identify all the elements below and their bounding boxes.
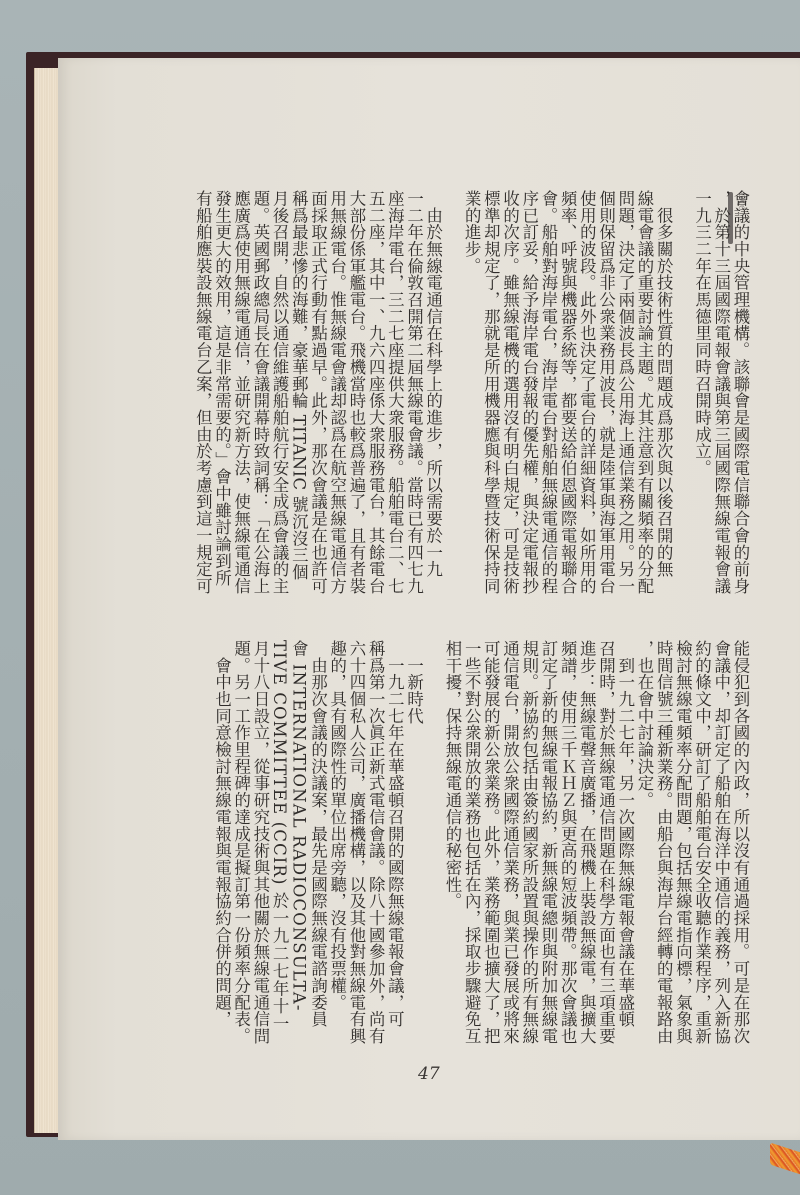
text-column: 相干擾，保持無線電通信的秘密性。: [443, 640, 462, 1060]
text-column: 五二座，其中一、九六四座係大衆服務電台，其餘電台: [366, 190, 385, 610]
text-column: 面採取正式行動有點過早。此外，那次會議是在也許可: [308, 190, 327, 610]
text-column: 大部份係軍艦電台。飛機當時也較爲普遍了，且有者裝: [347, 190, 366, 610]
text-column: 能侵犯到各國的內政，所以沒有通過採用。可是在那次: [731, 640, 750, 1060]
text-column: 題。另一工作里程碑的達成是擬訂第一份頻率分配表。: [232, 640, 251, 1060]
text-column: 月後召開，自然以通信維護船舶航行安全成爲會議的主: [270, 190, 289, 610]
text-column: 序已訂妥，給予海岸電台發報的優先權，與決定電報抄: [520, 190, 539, 610]
text-column-blank: [673, 190, 692, 610]
text-column: 約的條文中，研訂了船舶電台安全收聽作業程序，重新: [692, 640, 711, 1060]
text-column: 召開時，對於無線電通信問題在科學方面也有三項重要: [596, 640, 615, 1060]
text-column: 月十八日設立，從事研究技術與其他關於無線電通信問: [251, 640, 270, 1060]
text-column: 線電會議的重要討論主題。尤其注意到有關頻率的分配: [635, 190, 654, 610]
text-column: 規則。新協約包括由簽約國家所設置與操作的所有無線: [520, 640, 539, 1060]
text-column: 用無線電台。惟無線電會議却認爲在航空無線電通信方: [328, 190, 347, 610]
text-column: 一些不對公衆開放的業務也包括在內，採取步驟避免互: [462, 640, 481, 1060]
text-column: 稱爲第一次眞正新式電信會議。除八十國參加外，尚有: [366, 640, 385, 1060]
text-column: 業的進步。: [462, 190, 481, 610]
text-column: 一二年在倫敦召開第二屆無線電會議。當時已有四七九: [404, 190, 423, 610]
text-column: 稱爲最悲慘的海難，豪華郵輪 TITANIC 號沉沒三個: [289, 190, 308, 610]
paragraph-start: 一九二七年在華盛頓召開的國際無線電報會議，可: [385, 640, 404, 1060]
text-column: 會。船舶對海岸電台，海岸電台對船舶無線電通信的程: [539, 190, 558, 610]
text-column: 可能發展的新公衆業務。此外，業務範圍也擴大了，把: [481, 640, 500, 1060]
text-column: 進步：無線電聲音廣播，在飛機上裝設無線電，與擴大: [577, 640, 596, 1060]
text-column: 題。英國郵政總局長在會議開幕時致詞稱：「在公海上: [251, 190, 270, 610]
text-column: 頻率、呼號與機器系統等，都要送給伯恩國際電報聯合: [558, 190, 577, 610]
paragraph-start: 很多關於技術性質的問題成爲那次與以後召開的無: [654, 190, 673, 610]
text-column: ，於第十三屆國際電報會議與第三屆國際無線電報會議: [712, 190, 731, 610]
text-column: 有船舶應裝設無線電台乙案，但由於考慮到這一規定可: [193, 190, 212, 610]
text-column: 訂定了新的無線電報協約，新無線電總則與附加無線電: [539, 640, 558, 1060]
text-column: TIVE COMMITTEE (CCIR) 於一九二七年十一: [270, 640, 289, 1060]
text-column-blank: [443, 190, 462, 610]
text-column: 時間信號三種新業務。由船台與海岸台經轉的電報路由: [654, 640, 673, 1060]
text-column-blank: [424, 640, 443, 1060]
text-column: 問題，決定了兩個波長爲公用海上通信業務之用。另一: [616, 190, 635, 610]
text-column: 檢討無線電頻率分配問題，包括無線電指向標，氣象與: [673, 640, 692, 1060]
text-column: 應廣爲使用無線電通信，並研究新方法，使無線電通信: [232, 190, 251, 610]
section-heading: 一新時代: [404, 640, 423, 1060]
text-column: ，也在會中討論決定。: [635, 640, 654, 1060]
paragraph-start: 會中也同意檢討無線電報與電報協約合併的問題，: [212, 640, 231, 1060]
paragraph-start: 由那次會議的決議案，最先是國際無線電諮詢委員: [308, 640, 327, 1060]
text-column: 通信電台，開放公衆國際通信業務，與業已發展或將來: [500, 640, 519, 1060]
page-number: 47: [418, 1064, 440, 1084]
text-column: 標準却規定了，那就是所用機器應與科學暨技術保持同: [481, 190, 500, 610]
text-column: 會 INTERNATIONAL RADIOCONSULTA-: [289, 640, 308, 1060]
text-column: 會議的中央管理機構。該聯會是國際電信聯合會的前身: [731, 190, 750, 610]
paragraph-start: 到一九二七年，另一次國際無線電報會議在華盛頓: [616, 640, 635, 1060]
top-text-block: 會議的中央管理機構。該聯會是國際電信聯合會的前身 ，於第十三屆國際電報會議與第三…: [70, 190, 750, 610]
text-column: 頻譜，使用三千ＫＨＺ與更高的短波頻帶。那次會議也: [558, 640, 577, 1060]
text-column: 會議中，却訂定了船舶在海洋中通信的義務，列入新協: [712, 640, 731, 1060]
bottom-text-block: 能侵犯到各國的內政，所以沒有通過採用。可是在那次 會議中，却訂定了船舶在海洋中通…: [70, 640, 750, 1060]
text-column: 六十四個私人公司，廣播機構，以及其他對無線電有興: [347, 640, 366, 1060]
text-column: 座海岸電台，三二七座提供大衆服務。船舶電台二、七: [385, 190, 404, 610]
text-column: 個則保留爲非公衆業務用波長，就是陸軍與海軍用電台: [596, 190, 615, 610]
paragraph-start: 由於無線電通信在科學上的進步，所以需要於一九: [424, 190, 443, 610]
text-column: 使用的波段。此外也決定了電台的詳細資料，如所用的: [577, 190, 596, 610]
text-column: 一九三二年在馬德里同時召開時成立。: [692, 190, 711, 610]
text-column: 發生更大的效用，這是非常需要的。」會中雖討論到所: [212, 190, 231, 610]
text-column: 收的次序。雖無線電機的選用沒有明白規定，可是技術: [500, 190, 519, 610]
text-column: 趣的，具有國際性的單位出席旁聽，沒有投票權。: [328, 640, 347, 1060]
